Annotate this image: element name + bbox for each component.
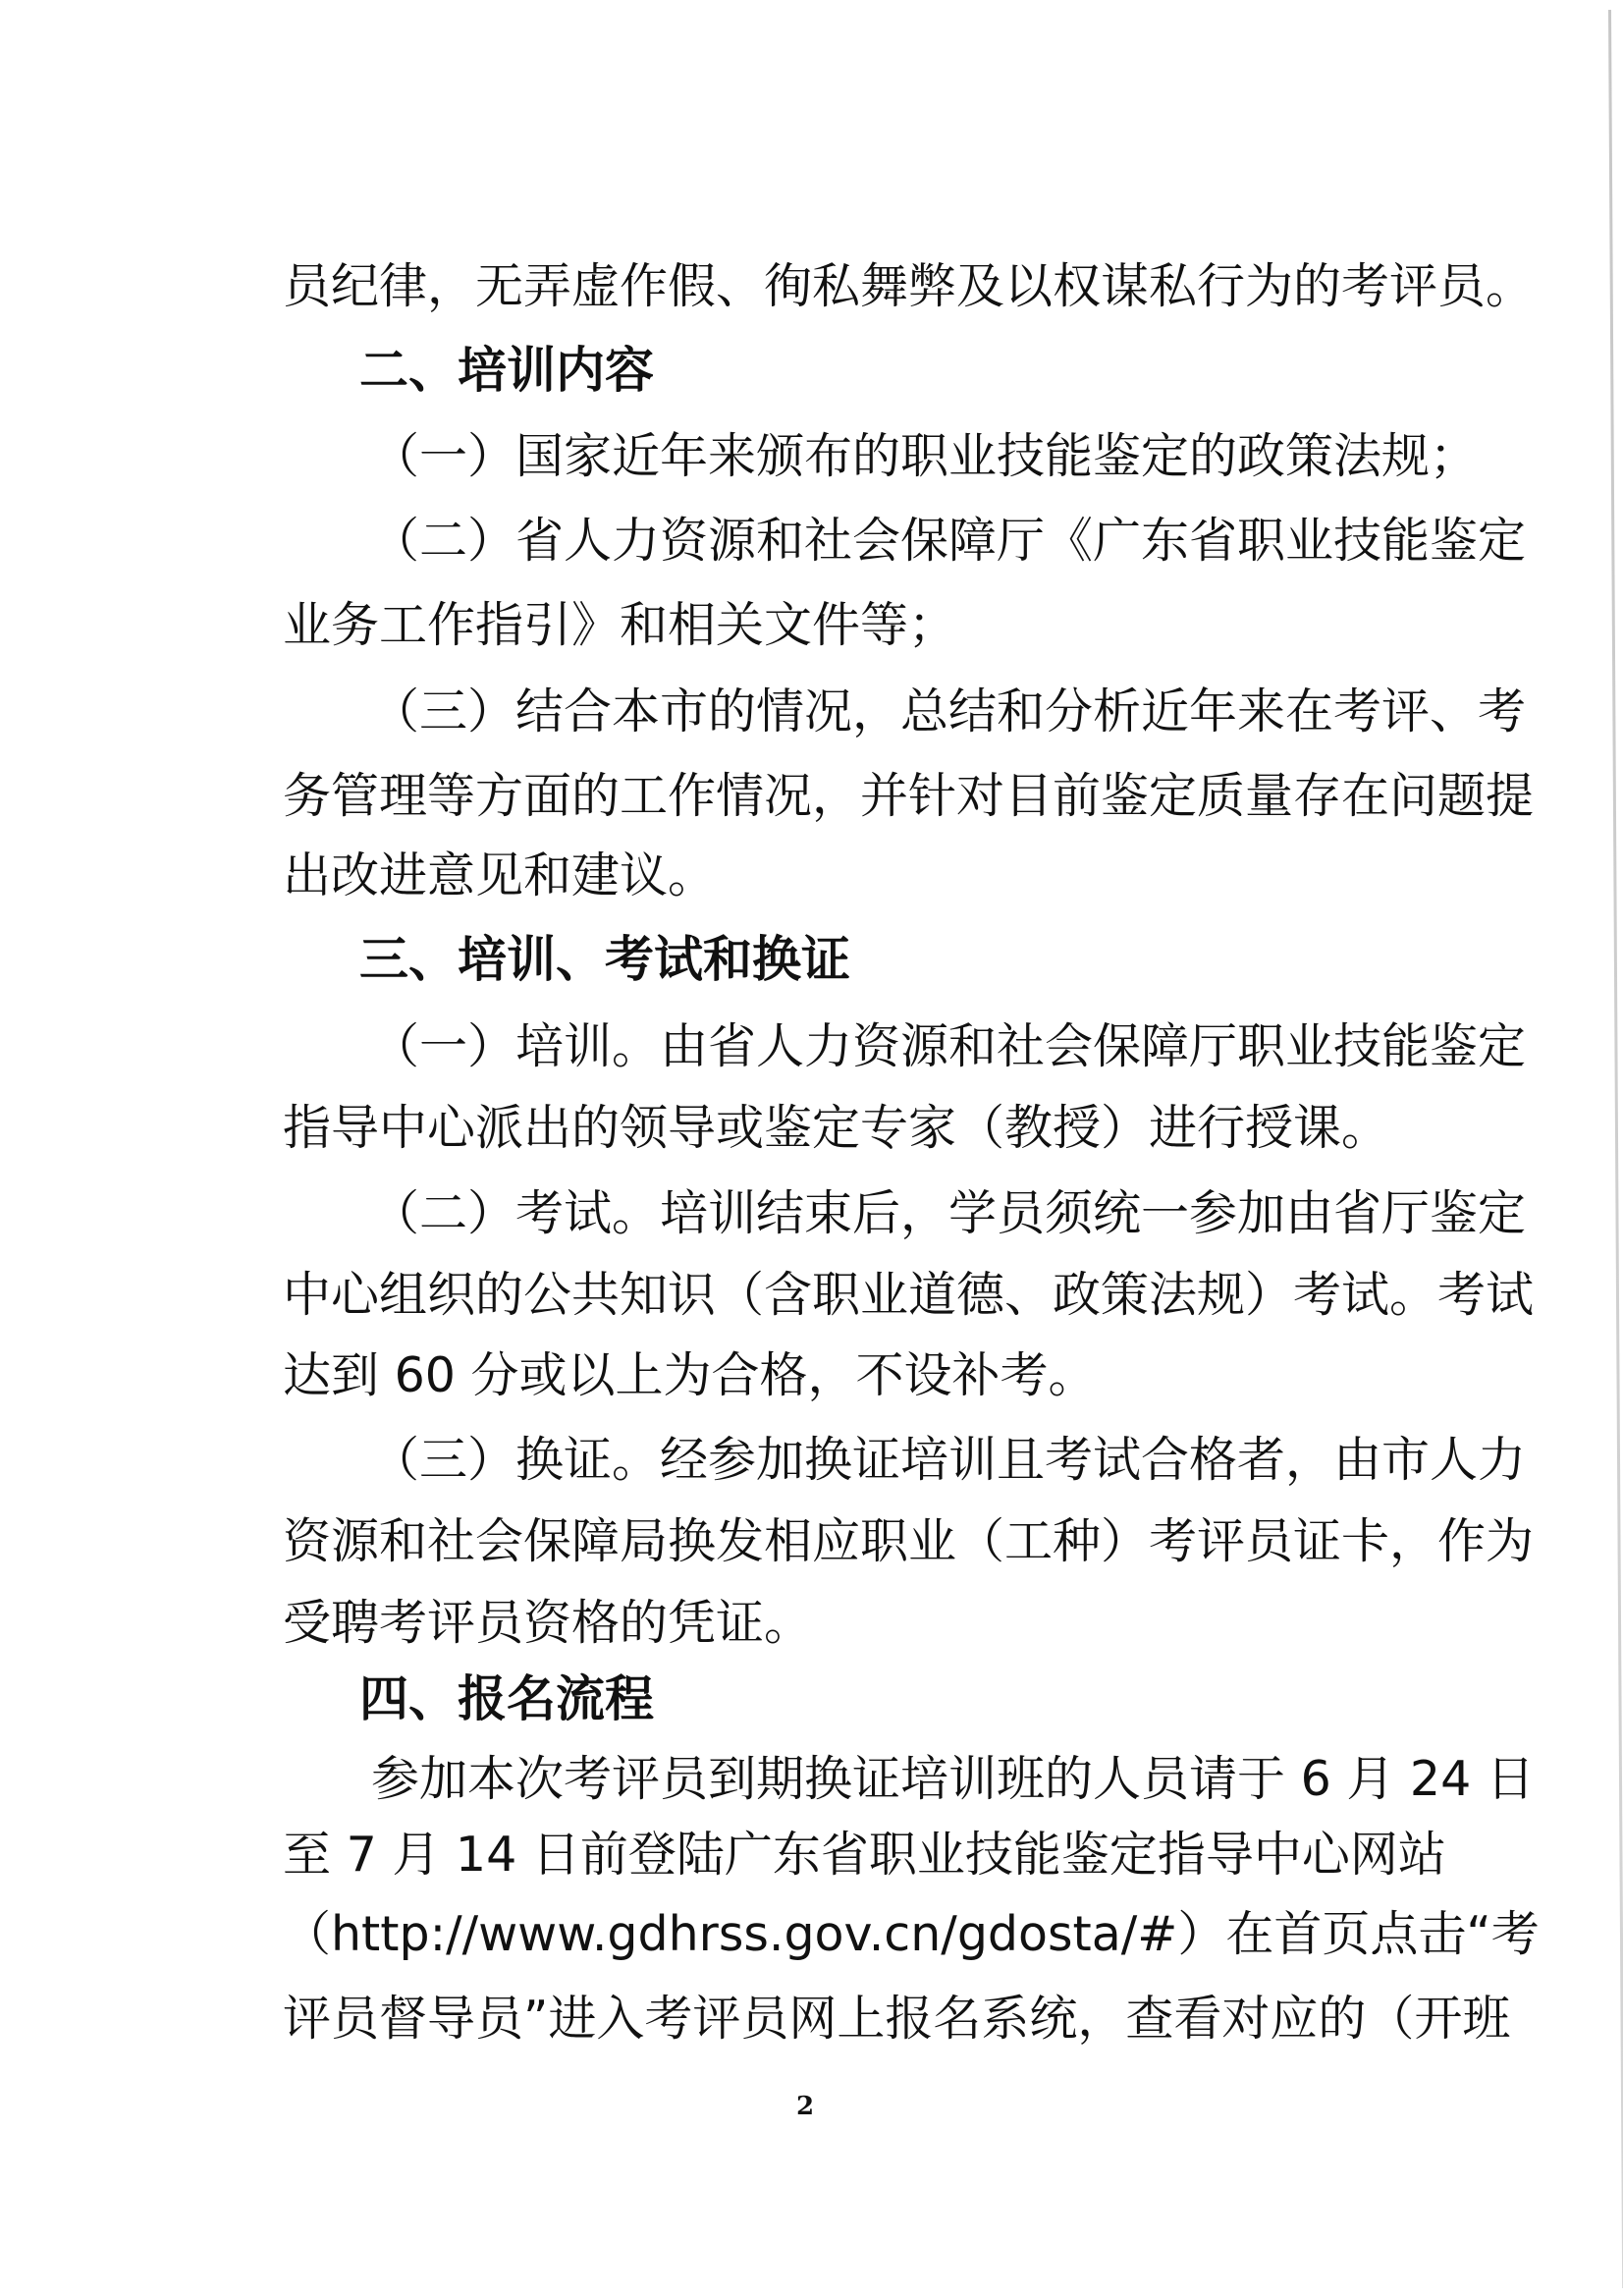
body-line: 资源和社会保障局换发相应职业（工种）考评员证卡，作为 — [283, 1512, 1375, 1571]
list-item-3: （三）结合本市的情况，总结和分析近年来在考评、考 — [371, 683, 1375, 741]
section-heading-training-content: 二、培训内容 — [359, 341, 1451, 400]
document-page: 员纪律，无弄虚作假、徇私舞弊及以权谋私行为的考评员。 二、培训内容 （一）国家近… — [0, 0, 1623, 2296]
body-line: 受聘考评员资格的凭证。 — [283, 1594, 1375, 1653]
body-line: 评员督导员”进入考评员网上报名系统，查看对应的（开班 — [283, 1990, 1375, 2049]
page-number: 2 — [776, 2092, 835, 2121]
list-item-certificate: （三）换证。经参加换证培训且考试合格者，由市人力 — [371, 1431, 1375, 1490]
list-item-1: （一）国家近年来颁布的职业技能鉴定的政策法规； — [371, 427, 1375, 486]
body-line: 达到 60 分或以上为合格，不设补考。 — [283, 1346, 1375, 1405]
list-item-exam: （二）考试。培训结束后，学员须统一参加由省厅鉴定 — [371, 1184, 1375, 1243]
body-line: 指导中心派出的领导或鉴定专家（教授）进行授课。 — [283, 1099, 1375, 1158]
list-item-2: （二）省人力资源和社会保障厅《广东省职业技能鉴定 — [371, 512, 1375, 571]
section-heading-training-exam: 三、培训、考试和换证 — [359, 930, 1451, 989]
list-item-training: （一）培训。由省人力资源和社会保障厅职业技能鉴定 — [371, 1017, 1375, 1076]
body-line: 中心组织的公共知识（含职业道德、政策法规）考试。考试 — [283, 1266, 1375, 1325]
body-line: 业务工作指引》和相关文件等； — [283, 596, 1375, 655]
body-line: 员纪律，无弄虚作假、徇私舞弊及以权谋私行为的考评员。 — [283, 257, 1375, 316]
body-line: 至 7 月 14 日前登陆广东省职业技能鉴定指导中心网站 — [283, 1826, 1375, 1885]
body-line: 出改进意见和建议。 — [283, 847, 1375, 905]
scan-edge-line — [1608, 10, 1623, 2288]
url-line: （http://www.gdhrss.gov.cn/gdosta/#）在首页点击… — [283, 1905, 1375, 1964]
section-heading-registration: 四、报名流程 — [359, 1669, 1451, 1728]
body-line: 参加本次考评员到期换证培训班的人员请于 6 月 24 日 — [371, 1750, 1375, 1809]
body-line: 务管理等方面的工作情况，并针对目前鉴定质量存在问题提 — [283, 767, 1375, 826]
